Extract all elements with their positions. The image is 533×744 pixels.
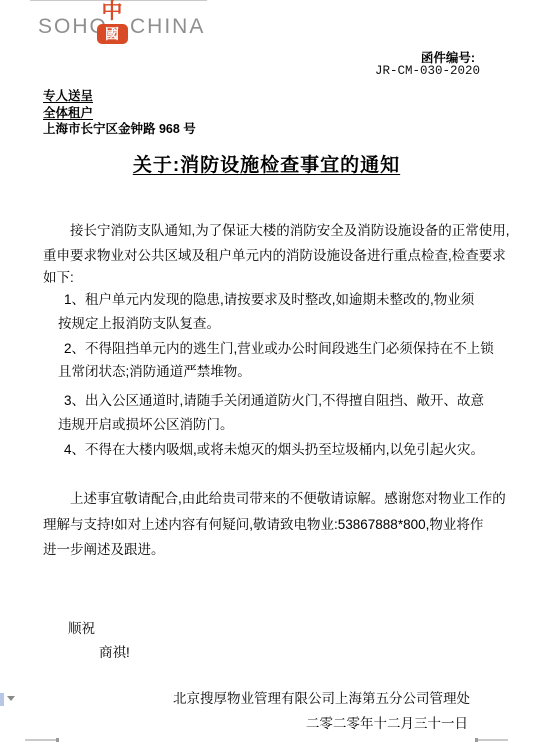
notice-title: 关于:消防设施检查事宜的通知 xyxy=(0,150,533,177)
list-item-2-line: 且常闭状态;消防通道严禁堆物。 xyxy=(58,363,251,380)
china-logo-text: CHINA xyxy=(130,16,205,37)
body-line: 如下: xyxy=(43,269,74,286)
body-line: 接长宁消防支队通知,为了保证大楼的消防安全及消防设施设备的正常使用, xyxy=(70,222,510,239)
address-line: 上海市长宁区金钟路 968 号 xyxy=(43,119,196,137)
closing-paragraph-line: 理解与支持!如对上述内容有何疑问,敬请致电物业:53867888*800,物业将… xyxy=(43,516,483,533)
closing-paragraph-line: 上述事宜敬请配合,由此给贵司带来的不便敬请谅解。感谢您对物业工作的 xyxy=(70,490,506,507)
seal-bottom-character: 國 xyxy=(97,24,128,44)
salutation-line: 顺祝 xyxy=(68,617,95,637)
signature-company: 北京搜厚物业管理有限公司上海第五分公司管理处 xyxy=(173,687,470,707)
list-item-4-line: 4、不得在大楼内吸烟,或将未熄灭的烟头扔至垃圾桶内,以免引起火灾。 xyxy=(64,441,484,458)
dropdown-arrow-icon[interactable] xyxy=(7,696,15,701)
notice-document-page: SOHO 中 國 CHINA 函件编号: JR-CM-030-2020 专人送呈… xyxy=(0,0,533,744)
delivery-method-line: 专人送呈 xyxy=(43,86,93,104)
body-line: 重申要求物业对公共区域及租户单元内的消防设施设备进行重点检查,检查要求 xyxy=(43,247,506,264)
text-boundary-mark-right xyxy=(475,739,508,741)
list-item-3-line: 违规开启或损坏公区消防门。 xyxy=(58,416,234,433)
text-boundary-tick-right xyxy=(475,738,478,742)
list-item-2-line: 2、不得阻挡单元内的逃生门,营业或办公时间段逃生门必须保持在不上锁 xyxy=(64,340,494,357)
soho-china-seal-icon: 中 國 xyxy=(95,0,129,44)
seal-top-character: 中 xyxy=(95,0,129,24)
text-boundary-tick-left xyxy=(56,738,59,742)
list-item-1-line: 1、租户单元内发现的隐患,请按要求及时整改,如逾期未整改的,物业须 xyxy=(64,291,474,308)
signature-date: 二零二零年十二月三十一日 xyxy=(306,712,468,732)
closing-paragraph-line: 进一步阐述及跟进。 xyxy=(43,541,165,558)
list-item-3-line: 3、出入公区通道时,请随手关闭通道防火门,不得擅自阻挡、敞开、故意 xyxy=(64,392,484,409)
object-anchor-marker xyxy=(0,693,4,706)
list-item-1-line: 按规定上报消防支队复查。 xyxy=(58,315,220,332)
ref-number-value: JR-CM-030-2020 xyxy=(375,64,480,78)
text-boundary-mark-left xyxy=(25,739,58,741)
salutation-line: 商祺! xyxy=(99,641,130,661)
